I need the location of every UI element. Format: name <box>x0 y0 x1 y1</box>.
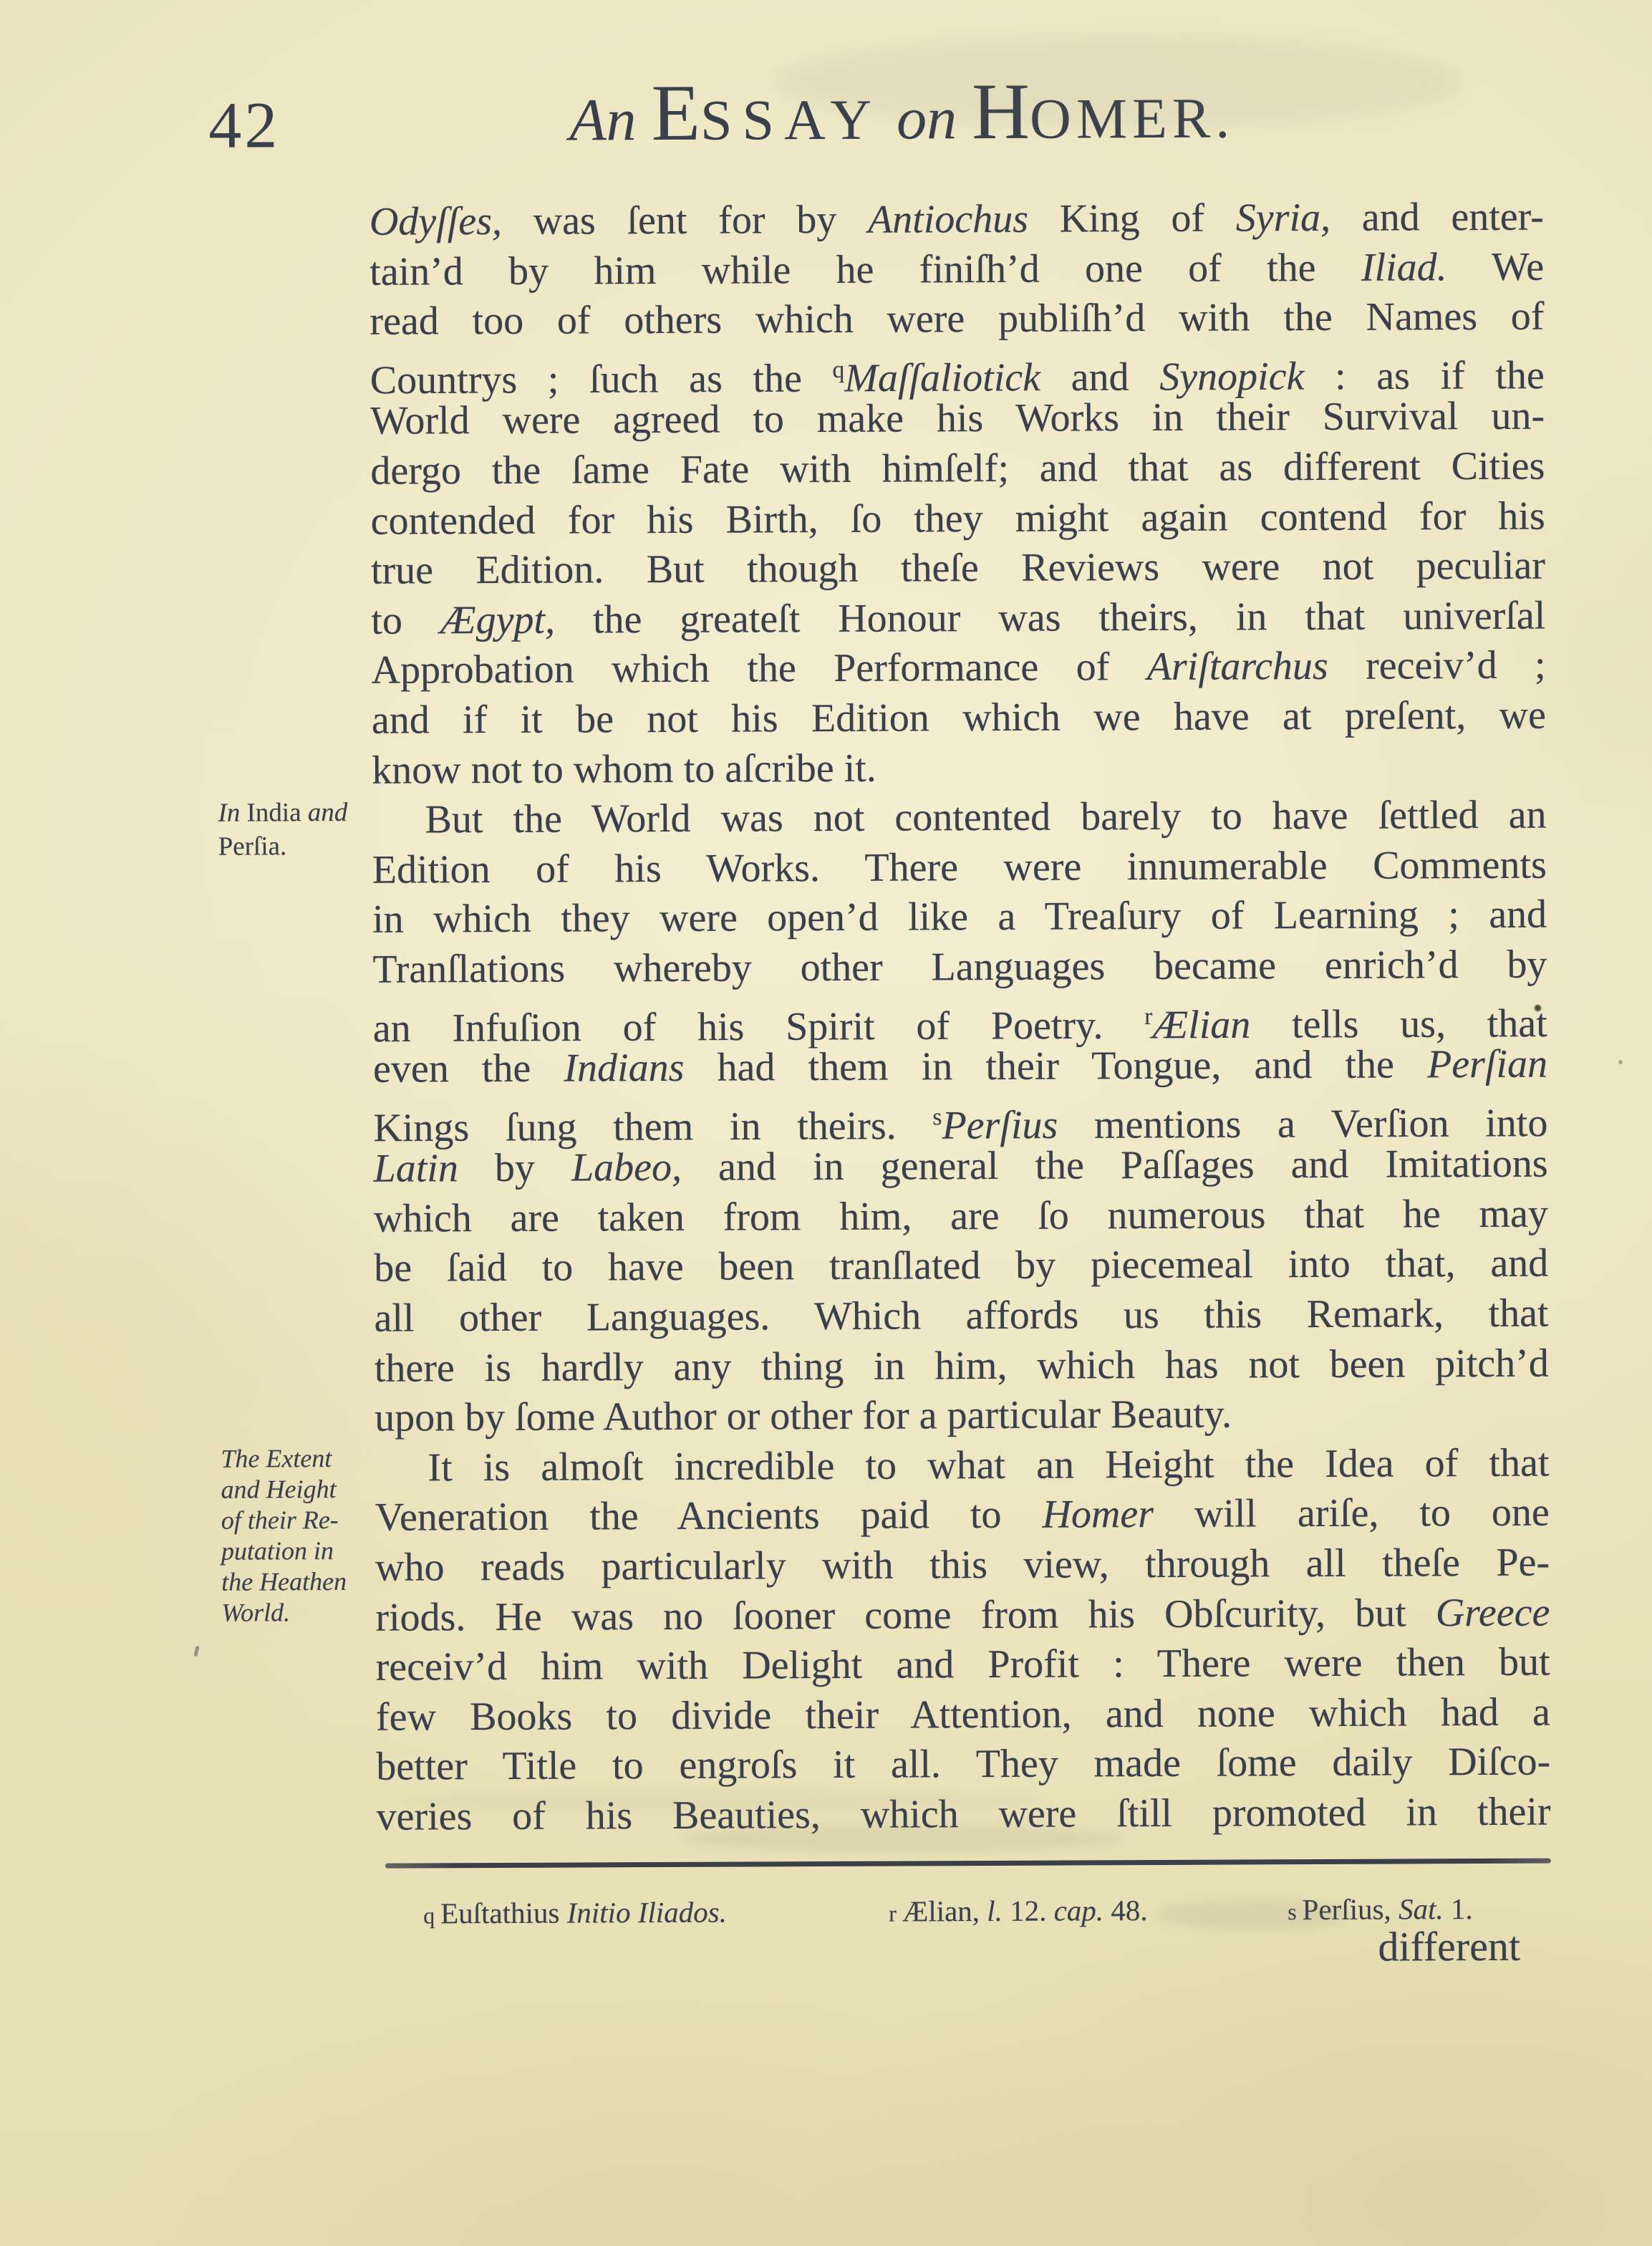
text-line: Kings ſung them in theirs. sPerſius ment… <box>373 1089 1547 1144</box>
text-segment: better Title to engroſs it all. They mad… <box>376 1740 1550 1789</box>
margin-note-extent-height: The Extentand Heightof their Re-putation… <box>221 1443 382 1629</box>
text-segment: which are taken from him, are ſo numerou… <box>374 1191 1548 1240</box>
page-number: 42 <box>208 87 280 163</box>
text-line: there is hardly any thing in him, which … <box>375 1339 1549 1394</box>
footnote-s: s Perſius, Sat. 1. <box>1288 1891 1473 1927</box>
text-segment: Indians <box>564 1046 684 1091</box>
text-segment: Tranſlations whereby other Languages bec… <box>372 943 1547 992</box>
text-segment: Ælian, <box>902 1894 987 1928</box>
text-segment: Iliad. <box>1361 245 1447 290</box>
text-segment: and Height <box>221 1475 337 1504</box>
text-segment: Sat. <box>1399 1892 1444 1925</box>
text-line: Countrys ; ſuch as the qMaſſaliotick and… <box>370 342 1545 397</box>
text-segment: We <box>1446 244 1544 289</box>
text-segment: had them in their Tongue, and the <box>684 1042 1427 1090</box>
text-segment: and if it be not his Edition which we ha… <box>372 693 1546 743</box>
text-segment: q <box>832 357 844 383</box>
text-line: dergo the ſame Fate with himſelf; and th… <box>370 442 1545 497</box>
text-line: Latin by Labeo, and in general the Paſſa… <box>373 1139 1547 1195</box>
text-line: Odyſſes, was ſent for by Antiochus King … <box>369 193 1544 248</box>
text-segment: 48. <box>1103 1894 1148 1927</box>
text-segment: to <box>371 598 440 642</box>
text-segment: India <box>240 798 308 827</box>
text-segment: the Heathen <box>221 1567 347 1596</box>
text-line: all other Languages. Which affords us th… <box>374 1289 1548 1344</box>
text-segment: Syria, <box>1236 196 1330 241</box>
text-segment: Ariſtarchus <box>1147 644 1328 689</box>
text-segment: Antiochus <box>868 197 1028 242</box>
text-segment: be ſaid to have been tranſlated by piece… <box>374 1241 1548 1291</box>
text-segment: 1. <box>1444 1892 1473 1925</box>
text-segment: Veneration the Ancients paid to <box>375 1493 1043 1540</box>
text-line: and if it be not his Edition which we ha… <box>372 691 1546 746</box>
text-segment: l. <box>987 1894 1003 1927</box>
ink-speck <box>1534 1004 1542 1012</box>
text-segment: there is hardly any thing in him, which … <box>375 1341 1549 1390</box>
text-segment: Initio Iliados. <box>567 1896 727 1929</box>
text-segment: Approbation which the Performance of <box>371 645 1146 693</box>
margin-note-line: In India and <box>218 796 379 830</box>
text-segment: all other Languages. Which affords us th… <box>374 1291 1548 1341</box>
text-line: But the World was not contented barely t… <box>372 791 1546 846</box>
text-segment: the greateſt Honour was theirs, in that … <box>555 593 1546 642</box>
text-line: know not to whom to aſcribe it. <box>372 741 1546 796</box>
text-segment: who reads particularly with this view, t… <box>375 1541 1550 1590</box>
margin-note-line: and Height <box>221 1474 382 1505</box>
text-segment: In <box>218 799 240 828</box>
text-line: Edition of his Works. There were innumer… <box>372 840 1547 895</box>
paragraph: Odyſſes, was ſent for by Antiochus King … <box>369 193 1547 796</box>
text-segment: Perſius, <box>1303 1893 1399 1927</box>
text-line: few Books to divide their Attention, and… <box>376 1687 1550 1743</box>
margin-note-india-persia: In India andPerſia. <box>218 796 379 864</box>
text-segment: It is almoſt incredible to what an Heigh… <box>428 1440 1549 1490</box>
text-segment: read too of others which were publiſh’d … <box>369 294 1544 344</box>
text-line: which are taken from him, are ſo numerou… <box>374 1189 1548 1244</box>
text-segment: true Edition. But though theſe Reviews w… <box>371 544 1545 593</box>
text-segment: s <box>1288 1899 1303 1924</box>
text-segment: dergo the ſame Fate with himſelf; and th… <box>370 444 1545 493</box>
text-line: World were agreed to make his Works in t… <box>370 392 1545 447</box>
text-line: Veneration the Ancients paid to Homer wi… <box>375 1488 1550 1543</box>
text-segment: on <box>897 85 972 152</box>
text-line: to Ægypt, the greateſt Honour was theirs… <box>371 591 1545 646</box>
text-segment: s <box>932 1104 942 1130</box>
margin-note-line: World. <box>221 1597 382 1629</box>
text-line: an Infuſion of his Spirit of Poetry. rÆl… <box>373 990 1547 1045</box>
margin-note-line: The Extent <box>221 1443 382 1475</box>
text-line: who reads particularly with this view, t… <box>375 1538 1550 1594</box>
text-segment: Ægypt, <box>440 597 555 642</box>
text-line: veries of his Beauties, which were ſtill… <box>376 1788 1550 1843</box>
text-segment: Odyſſes, <box>369 199 502 244</box>
text-line: It is almoſt incredible to what an Heigh… <box>375 1438 1549 1493</box>
margin-note-line: Perſia. <box>218 829 380 864</box>
text-segment: But the World was not contented barely t… <box>425 793 1546 842</box>
text-segment: was ſent for by <box>502 198 868 244</box>
paragraph: It is almoſt incredible to what an Heigh… <box>375 1438 1550 1842</box>
margin-note-line: putation in <box>221 1536 382 1567</box>
text-segment: tain’d by him while he finiſh’d one of t… <box>369 245 1361 294</box>
text-line: be ſaid to have been tranſlated by piece… <box>374 1239 1548 1294</box>
text-segment: SSAY <box>700 89 882 153</box>
text-line: better Title to engroſs it all. They mad… <box>376 1737 1550 1793</box>
page-title: An ESSAY on HOMER. <box>569 82 1429 155</box>
text-segment: veries of his Beauties, which were ſtill… <box>376 1790 1550 1839</box>
text-segment: OMER. <box>1030 87 1235 150</box>
text-segment: contended for his Birth, ſo they might a… <box>371 493 1545 543</box>
text-segment: putation in <box>221 1536 334 1566</box>
text-segment: Greece <box>1436 1590 1550 1635</box>
text-line: riods. He was no ſooner come from his Ob… <box>375 1588 1550 1643</box>
ink-speck <box>1618 1060 1623 1064</box>
footnote-rule <box>385 1859 1551 1869</box>
text-segment: few Books to divide their Attention, and… <box>376 1690 1550 1739</box>
text-segment: Euſtathius <box>440 1896 567 1930</box>
paragraph: But the World was not contented barely t… <box>372 791 1549 1444</box>
text-segment: Labeo, <box>571 1145 682 1190</box>
text-segment: q <box>423 1903 440 1928</box>
text-segment: 12. <box>1003 1894 1054 1927</box>
text-segment: receiv’d ; <box>1328 643 1546 688</box>
text-segment: World. <box>221 1598 290 1626</box>
footnote-r: r Ælian, l. 12. cap. 48. <box>889 1893 1148 1929</box>
text-line: upon by ſome Author or other for a parti… <box>375 1389 1549 1444</box>
text-segment: and in general the Paſſages and Imitatio… <box>682 1142 1548 1190</box>
text-segment <box>881 86 897 153</box>
text-segment: of their Re- <box>221 1505 339 1535</box>
text-segment: will ariſe, to one <box>1154 1490 1550 1536</box>
text-segment: H <box>972 67 1030 156</box>
catchword: different <box>1378 1922 1520 1971</box>
text-line: in which they were open’d like a Treaſur… <box>372 890 1547 945</box>
text-segment: King of <box>1028 196 1236 241</box>
text-segment: upon by ſome Author or other for a parti… <box>375 1392 1232 1440</box>
text-segment: receiv’d him with Delight and Profit : T… <box>376 1640 1550 1690</box>
text-line: receiv’d him with Delight and Profit : T… <box>376 1638 1550 1693</box>
text-segment: Edition of his Works. There were innumer… <box>372 842 1547 892</box>
text-segment: and <box>308 798 348 827</box>
scanned-book-page: 42 An ESSAY on HOMER. Odyſſes, was ſent … <box>0 0 1652 2246</box>
text-segment: The Extent <box>221 1444 332 1473</box>
text-segment: Latin <box>374 1147 459 1192</box>
body-text: Odyſſes, was ſent for by Antiochus King … <box>369 193 1551 1843</box>
text-line: read too of others which were publiſh’d … <box>369 292 1544 347</box>
text-segment: in which they were open’d like a Treaſur… <box>372 892 1547 942</box>
text-segment: r <box>889 1902 902 1927</box>
footnote-q: q Euſtathius Initio Iliados. <box>423 1895 727 1931</box>
margin-note-line: of their Re- <box>221 1505 382 1536</box>
text-segment: World were agreed to make his Works in t… <box>370 394 1545 443</box>
text-line: even the Indians had them in their Tongu… <box>373 1040 1547 1095</box>
text-segment: Perſia. <box>218 832 287 861</box>
text-segment: r <box>1144 1003 1152 1030</box>
printed-area: 42 An ESSAY on HOMER. Odyſſes, was ſent … <box>0 0 1652 2246</box>
text-line: true Edition. But though theſe Reviews w… <box>371 541 1545 597</box>
text-line: contended for his Birth, ſo they might a… <box>371 491 1545 546</box>
text-segment: and enter- <box>1330 195 1544 240</box>
text-line: Tranſlations whereby other Languages bec… <box>372 940 1547 996</box>
text-segment: even the <box>373 1046 564 1091</box>
text-segment: E <box>651 69 700 158</box>
text-segment: cap. <box>1054 1894 1104 1927</box>
text-line: tain’d by him while he finiſh’d one of t… <box>369 242 1544 297</box>
text-segment: riods. He was no ſooner come from his Ob… <box>375 1591 1436 1639</box>
text-segment: Homer <box>1042 1492 1154 1537</box>
text-segment: by <box>458 1146 571 1191</box>
margin-note-line: the Heathen <box>221 1566 382 1598</box>
text-segment: Perſian <box>1427 1042 1547 1087</box>
text-segment: Ælian <box>1152 1002 1250 1047</box>
text-segment: An <box>569 87 652 153</box>
text-segment: know not to whom to aſcribe it. <box>372 746 876 792</box>
text-line: Approbation which the Performance of Ari… <box>371 641 1545 696</box>
